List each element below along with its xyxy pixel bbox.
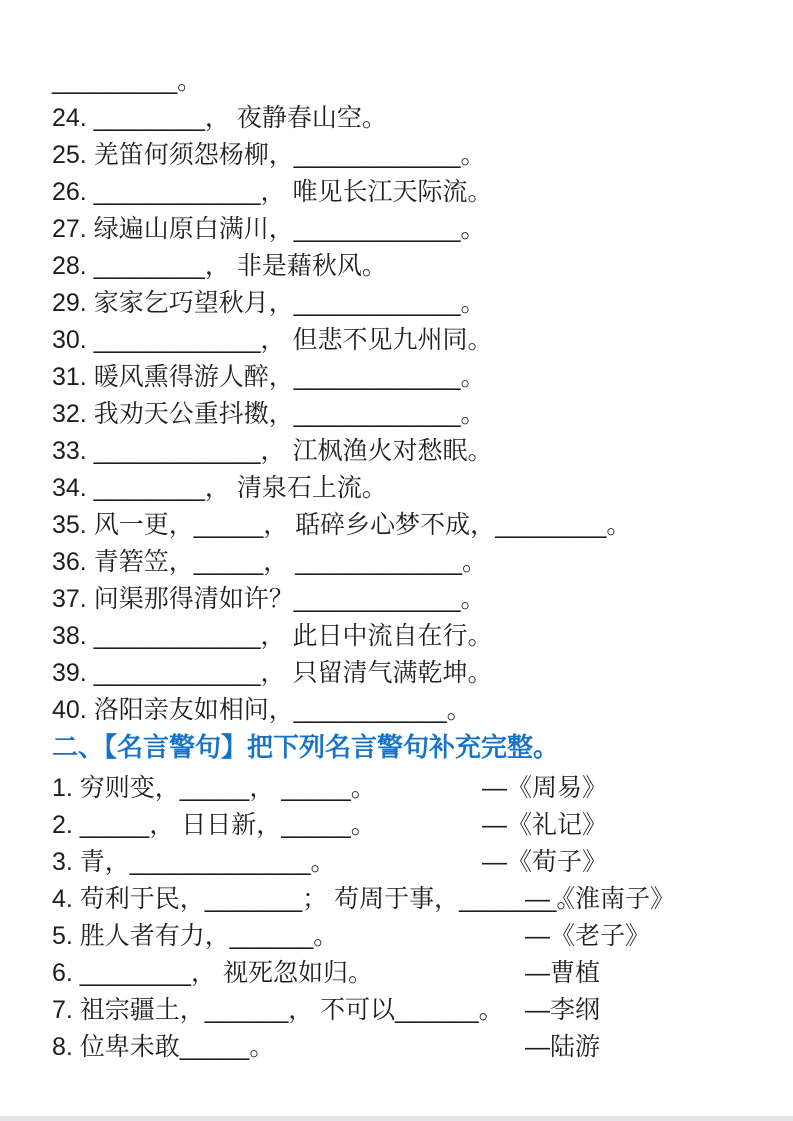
page-bottom-edge	[0, 1116, 793, 1121]
poem-line: 28. ________， 非是藉秋风。	[52, 248, 773, 285]
quote-line: 2. _____， 日日新，_____。 —《礼记》	[52, 807, 773, 844]
poem-line: 31. 暖风熏得游人醉，____________。	[52, 359, 773, 396]
quote-source: —《荀子》	[482, 844, 607, 881]
quote-text: 1. 穷则变，_____， _____。	[52, 774, 376, 802]
quote-source: —曹植	[525, 955, 600, 992]
quote-fill-in-section: 1. 穷则变，_____， _____。 —《周易》 2. _____， 日日新…	[52, 770, 773, 1066]
quote-text: 8. 位卑未敢_____。	[52, 1033, 274, 1061]
poem-line: 33. ____________， 江枫渔火对愁眠。	[52, 433, 773, 470]
poem-line: 32. 我劝天公重抖擞，____________。	[52, 396, 773, 433]
quote-text: 3. 青，_____________。	[52, 848, 336, 876]
poem-line: 27. 绿遍山原白满川，____________。	[52, 211, 773, 248]
quote-line: 8. 位卑未敢_____。 —陆游	[52, 1029, 773, 1066]
quote-line: 6. ________， 视死忽如归。 —曹植	[52, 955, 773, 992]
section-two-header: 二、【名言警句】把下列名言警句补充完整。	[52, 729, 773, 766]
poem-line: 39. ____________， 只留清气满乾坤。	[52, 655, 773, 692]
poem-line: 34. ________， 清泉石上流。	[52, 470, 773, 507]
quote-line: 7. 祖宗疆土，______， 不可以______。 —李纲	[52, 992, 773, 1029]
quote-source: —《礼记》	[482, 807, 607, 844]
poem-line: 24. ________， 夜静春山空。	[52, 100, 773, 137]
quote-line: 4. 苟利于民，_______； 苟周于事，_______。 —《淮南子》	[52, 881, 773, 918]
poem-line: 25. 羌笛何须怨杨柳，____________。	[52, 137, 773, 174]
poem-line: _________。	[52, 63, 773, 100]
worksheet-content: _________。 24. ________， 夜静春山空。 25. 羌笛何须…	[0, 0, 793, 1066]
quote-line: 3. 青，_____________。 —《荀子》	[52, 844, 773, 881]
quote-text: 2. _____， 日日新，_____。	[52, 811, 376, 839]
quote-source: —陆游	[525, 1029, 600, 1066]
worksheet-page: _________。 24. ________， 夜静春山空。 25. 羌笛何须…	[0, 0, 793, 1121]
quote-source: —李纲	[525, 992, 600, 1029]
quote-text: 5. 胜人者有力，______。	[52, 922, 338, 950]
quote-text: 6. ________， 视死忽如归。	[52, 959, 373, 987]
quote-source: —《淮南子》	[525, 881, 675, 918]
poem-line: 38. ____________， 此日中流自在行。	[52, 618, 773, 655]
poem-fill-in-section: _________。 24. ________， 夜静春山空。 25. 羌笛何须…	[52, 63, 773, 729]
quote-line: 5. 胜人者有力，______。 —《老子》	[52, 918, 773, 955]
poem-line: 30. ____________， 但悲不见九州同。	[52, 322, 773, 359]
quote-source: —《周易》	[482, 770, 607, 807]
quote-text: 7. 祖宗疆土，______， 不可以______。	[52, 996, 504, 1024]
poem-line: 37. 问渠那得清如许？____________。	[52, 581, 773, 618]
quote-source: —《老子》	[525, 918, 650, 955]
poem-line: 26. ____________， 唯见长江天际流。	[52, 174, 773, 211]
poem-line: 36. 青箬笠，_____， ____________。	[52, 544, 773, 581]
quote-text: 4. 苟利于民，_______； 苟周于事，_______。	[52, 885, 581, 913]
poem-line: 40. 洛阳亲友如相问，___________。	[52, 692, 773, 729]
poem-line: 35. 风一更，_____， 聒碎乡心梦不成，________。	[52, 507, 773, 544]
poem-line: 29. 家家乞巧望秋月，____________。	[52, 285, 773, 322]
quote-line: 1. 穷则变，_____， _____。 —《周易》	[52, 770, 773, 807]
